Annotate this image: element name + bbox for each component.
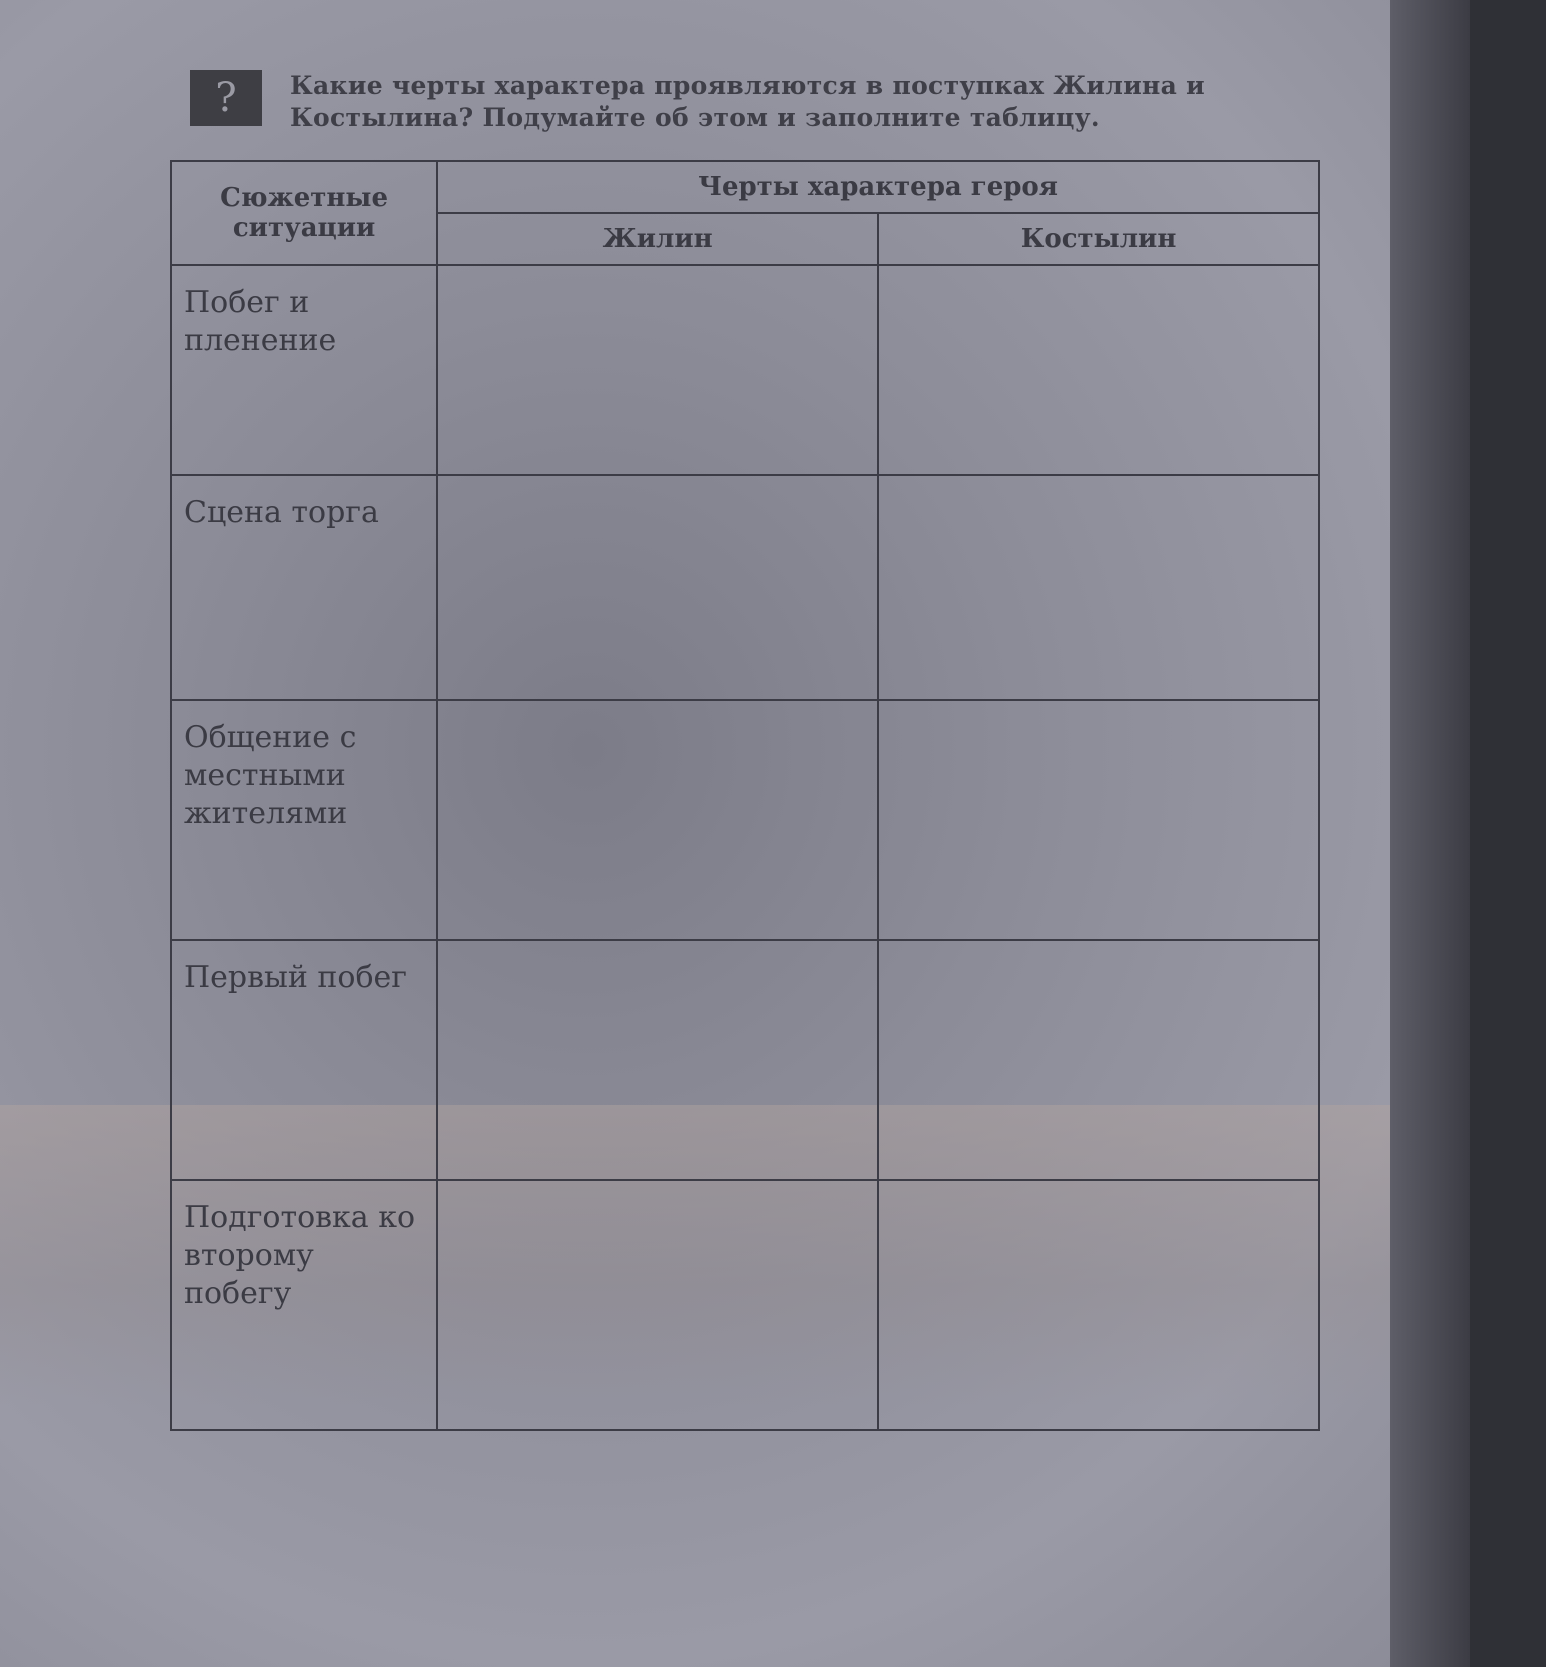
kostylin-cell[interactable] — [878, 265, 1319, 475]
row-label: Общение с местными жителями — [171, 700, 437, 940]
character-traits-table: Сюжетные ситуации Черты характера героя … — [170, 160, 1320, 1431]
row-label: Подготовка ко второму побегу — [171, 1180, 437, 1430]
kostylin-cell[interactable] — [878, 940, 1319, 1180]
kostylin-cell[interactable] — [878, 1180, 1319, 1430]
kostylin-cell[interactable] — [878, 475, 1319, 700]
header-kostylin: Костылин — [878, 213, 1319, 265]
table-row: Побег и пленение — [171, 265, 1319, 475]
table-row: Первый побег — [171, 940, 1319, 1180]
zhilin-cell[interactable] — [437, 700, 878, 940]
question-block: ? Какие черты характера проявляются в по… — [190, 70, 1280, 134]
question-mark-icon: ? — [190, 70, 262, 126]
row-label: Сцена торга — [171, 475, 437, 700]
zhilin-cell[interactable] — [437, 940, 878, 1180]
question-text: Какие черты характера проявляются в пост… — [290, 70, 1280, 134]
zhilin-cell[interactable] — [437, 1180, 878, 1430]
header-zhilin: Жилин — [437, 213, 878, 265]
zhilin-cell[interactable] — [437, 475, 878, 700]
header-situations: Сюжетные ситуации — [171, 161, 437, 265]
zhilin-cell[interactable] — [437, 265, 878, 475]
table-row: Общение с местными жителями — [171, 700, 1319, 940]
book-edge — [1470, 0, 1546, 1667]
row-label: Побег и пленение — [171, 265, 437, 475]
header-traits: Черты характера героя — [437, 161, 1319, 213]
table-row: Подготовка ко второму побегу — [171, 1180, 1319, 1430]
kostylin-cell[interactable] — [878, 700, 1319, 940]
book-spine — [1390, 0, 1470, 1667]
table-row: Сцена торга — [171, 475, 1319, 700]
row-label: Первый побег — [171, 940, 437, 1180]
